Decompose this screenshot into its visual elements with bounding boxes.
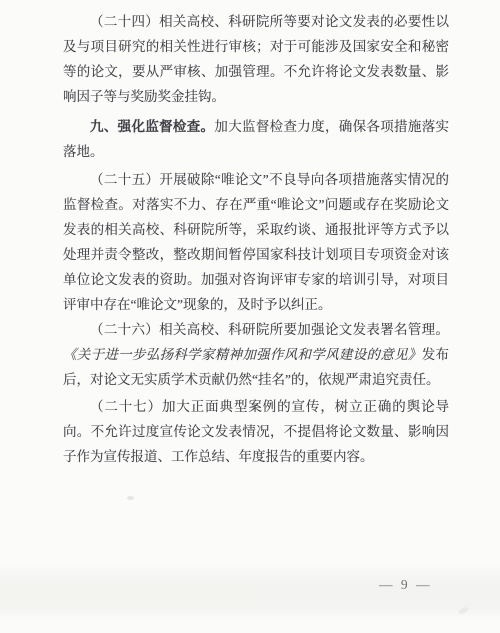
paragraph-item-26: （二十六）相关高校、科研院所要加强论文发表署名管理。《关于进一步弘扬科学家精神加… (63, 317, 449, 392)
text-run: （二十七）加大正面典型案例的宣传，树立正确的舆论导向。不允许过度宣传论文发表情况… (63, 399, 449, 464)
paragraph-section-9: 九、强化监督检查。加大监督检查力度，确保各项措施落实落地。 (63, 114, 449, 164)
text-run: （二十四）相关高校、科研院所等要对论文发表的必要性以及与项目研究的相关性进行审核… (63, 14, 449, 104)
book-title: 《关于进一步弘扬科学家精神加强作风和学风建设的意见》 (63, 347, 422, 362)
paragraph-item-24: （二十四）相关高校、科研院所等要对论文发表的必要性以及与项目研究的相关性进行审核… (63, 9, 449, 109)
page-number: — 9 — (379, 577, 432, 592)
text-run: （二十五）开展破除“唯论文”不良导向各项措施落实情况的监督检查。对落实不力、存在… (63, 172, 449, 312)
paragraph-item-27: （二十七）加大正面典型案例的宣传，树立正确的舆论导向。不允许过度宣传论文发表情况… (63, 394, 449, 469)
document-page: （二十四）相关高校、科研院所等要对论文发表的必要性以及与项目研究的相关性进行审核… (0, 0, 500, 633)
section-heading: 九、强化监督检查。 (90, 119, 214, 134)
text-run: （二十六）相关高校、科研院所要加强论文发表署名管理。 (90, 322, 449, 337)
scan-artifact (127, 496, 134, 500)
paragraph-item-25: （二十五）开展破除“唯论文”不良导向各项措施落实情况的监督检查。对落实不力、存在… (63, 167, 449, 317)
document-body: （二十四）相关高校、科研院所等要对论文发表的必要性以及与项目研究的相关性进行审核… (63, 9, 449, 469)
scan-shading-band (0, 563, 500, 621)
